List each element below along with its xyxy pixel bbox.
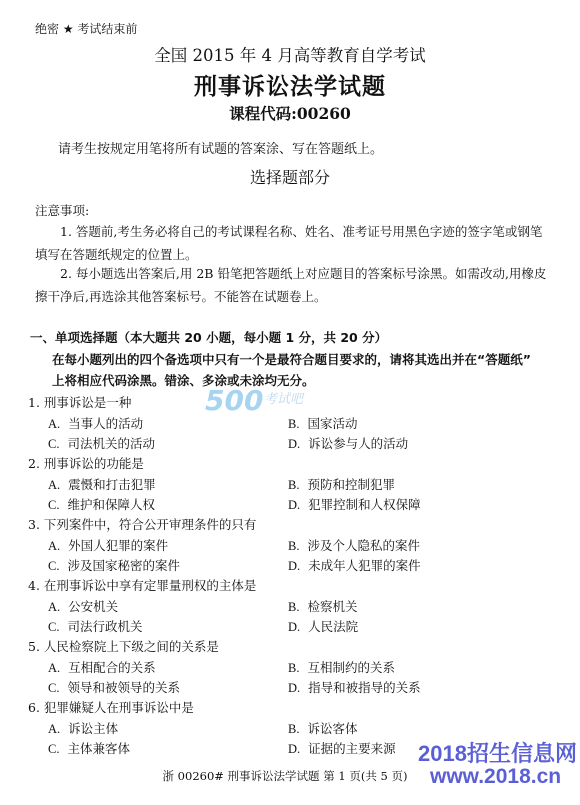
question-stem: 2. 刑事诉讼的功能是 <box>28 454 144 472</box>
option-c: C.司法行政机关 <box>48 617 142 635</box>
option-a: A.当事人的活动 <box>48 414 143 432</box>
option-d: D.人民法院 <box>288 617 358 635</box>
section-heading: 选择题部分 <box>0 165 580 188</box>
option-b: B.预防和控制犯罪 <box>288 475 395 493</box>
option-c: C.领导和被领导的关系 <box>48 678 180 696</box>
option-a: A.互相配合的关系 <box>48 658 156 676</box>
option-b: B.涉及个人隐私的案件 <box>288 536 420 554</box>
note-item: 2. 每小题选出答案后,用 2B 铅笔把答题纸上对应题目的答案标号涂黑。如需改动… <box>35 262 550 308</box>
option-c: C.主体兼客体 <box>48 739 130 757</box>
question-stem: 5. 人民检察院上下级之间的关系是 <box>28 637 219 655</box>
watermark-logo-text: 考试吧 <box>264 388 303 407</box>
question-stem: 6. 犯罪嫌疑人在刑事诉讼中是 <box>28 698 194 716</box>
confidential-label: 绝密 ★ 考试结束前 <box>35 20 137 37</box>
part-description: 上将相应代码涂黑。错涂、多涂或未涂均无分。 <box>52 371 315 389</box>
notes-title: 注意事项: <box>35 201 89 219</box>
question-stem: 3. 下列案件中，符合公开审理条件的只有 <box>28 515 256 533</box>
part-description: 在每小题列出的四个备选项中只有一个是最符合题目要求的，请将其选出并在“答题纸” <box>52 350 531 368</box>
option-a: A.公安机关 <box>48 597 118 615</box>
option-d: D.未成年人犯罪的案件 <box>288 556 421 574</box>
option-b: B.国家活动 <box>288 414 357 432</box>
question-stem: 4. 在刑事诉讼中享有定罪量刑权的主体是 <box>28 576 256 594</box>
watermark-site-url: www.2018.cn <box>430 765 561 789</box>
option-b: B.检察机关 <box>288 597 357 615</box>
subject-title: 刑事诉讼法学试题 <box>0 68 580 101</box>
option-a: A.诉讼主体 <box>48 719 118 737</box>
option-a: A.外国人犯罪的案件 <box>48 536 168 554</box>
option-d: D.指导和被指导的关系 <box>288 678 421 696</box>
option-c: C.司法机关的活动 <box>48 434 155 452</box>
general-instruction: 请考生按规定用笔将所有试题的答案涂、写在答题纸上。 <box>58 138 383 157</box>
question-stem: 1. 刑事诉讼是一种 <box>28 393 131 411</box>
option-d: D.诉讼参与人的活动 <box>288 434 408 452</box>
watermark-logo: 500 <box>205 384 263 417</box>
part-heading: 一、单项选择题（本大题共 20 小题，每小题 1 分，共 20 分） <box>30 328 387 346</box>
option-c: C.维护和保障人权 <box>48 495 155 513</box>
option-c: C.涉及国家秘密的案件 <box>48 556 180 574</box>
option-d: D.证据的主要来源 <box>288 739 396 757</box>
option-b: B.互相制约的关系 <box>288 658 395 676</box>
option-b: B.诉讼客体 <box>288 719 357 737</box>
course-code: 课程代码:00260 <box>0 102 580 124</box>
watermark-site-name: 2018招生信息网 <box>418 737 577 768</box>
option-a: A.震慑和打击犯罪 <box>48 475 156 493</box>
exam-title: 全国 2015 年 4 月高等教育自学考试 <box>0 42 580 66</box>
option-d: D.犯罪控制和人权保障 <box>288 495 421 513</box>
note-item: 1. 答题前,考生务必将自己的考试课程名称、姓名、准考证号用黑色字迹的签字笔或钢… <box>35 220 550 266</box>
